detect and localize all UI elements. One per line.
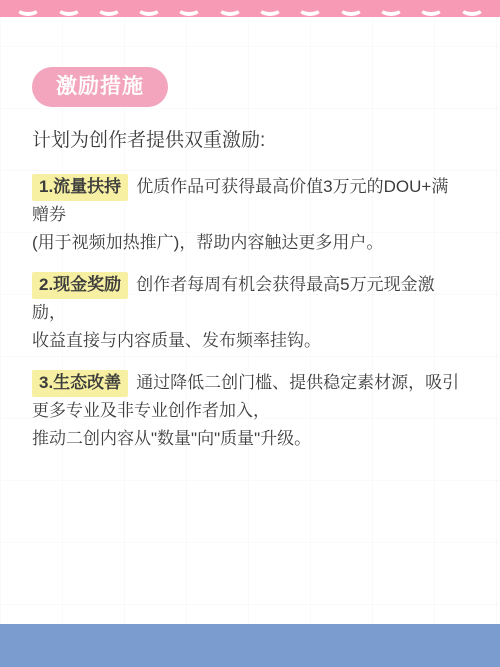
lace-scallop-icon (218, 1, 242, 16)
lace-scallop-icon (419, 1, 443, 16)
incentive-item-traffic: 1.流量扶持优质作品可获得最高价值3万元的DOU+满 赠券 (用于视频加热推广)… (32, 173, 472, 257)
lace-scallop-icon (339, 1, 363, 16)
section-title-badge: 激励措施 (32, 67, 168, 107)
lace-scallop-icon (460, 1, 484, 16)
lace-scallop-icon (16, 1, 40, 16)
lace-scallop-icon (97, 1, 121, 16)
lace-scallop-icon (177, 1, 201, 16)
footer-bar (0, 624, 500, 667)
incentive-item-cash: 2.现金奖励创作者每周有机会获得最高5万元现金激 励， 收益直接与内容质量、发布… (32, 271, 472, 355)
lace-scallop-icon (379, 1, 403, 16)
lace-scallop-icon (57, 1, 81, 16)
item-label-highlight: 3.生态改善 (32, 370, 128, 397)
lace-scallop-icon (137, 1, 161, 16)
item-label-highlight: 2.现金奖励 (32, 272, 128, 299)
lace-scallop-icon (258, 1, 282, 16)
note-card: 激励措施 计划为创作者提供双重激励: 1.流量扶持优质作品可获得最高价值3万元的… (0, 0, 500, 667)
lace-band (0, 0, 500, 17)
item-label-highlight: 1.流量扶持 (32, 174, 128, 201)
incentive-item-ecosystem: 3.生态改善通过降低二创门槛、提供稳定素材源，吸引 更多专业及非专业创作者加入，… (32, 369, 472, 453)
intro-text: 计划为创作者提供双重激励: (32, 127, 472, 155)
note-content: 激励措施 计划为创作者提供双重激励: 1.流量扶持优质作品可获得最高价值3万元的… (0, 17, 500, 624)
lace-scallop-icon (298, 1, 322, 16)
